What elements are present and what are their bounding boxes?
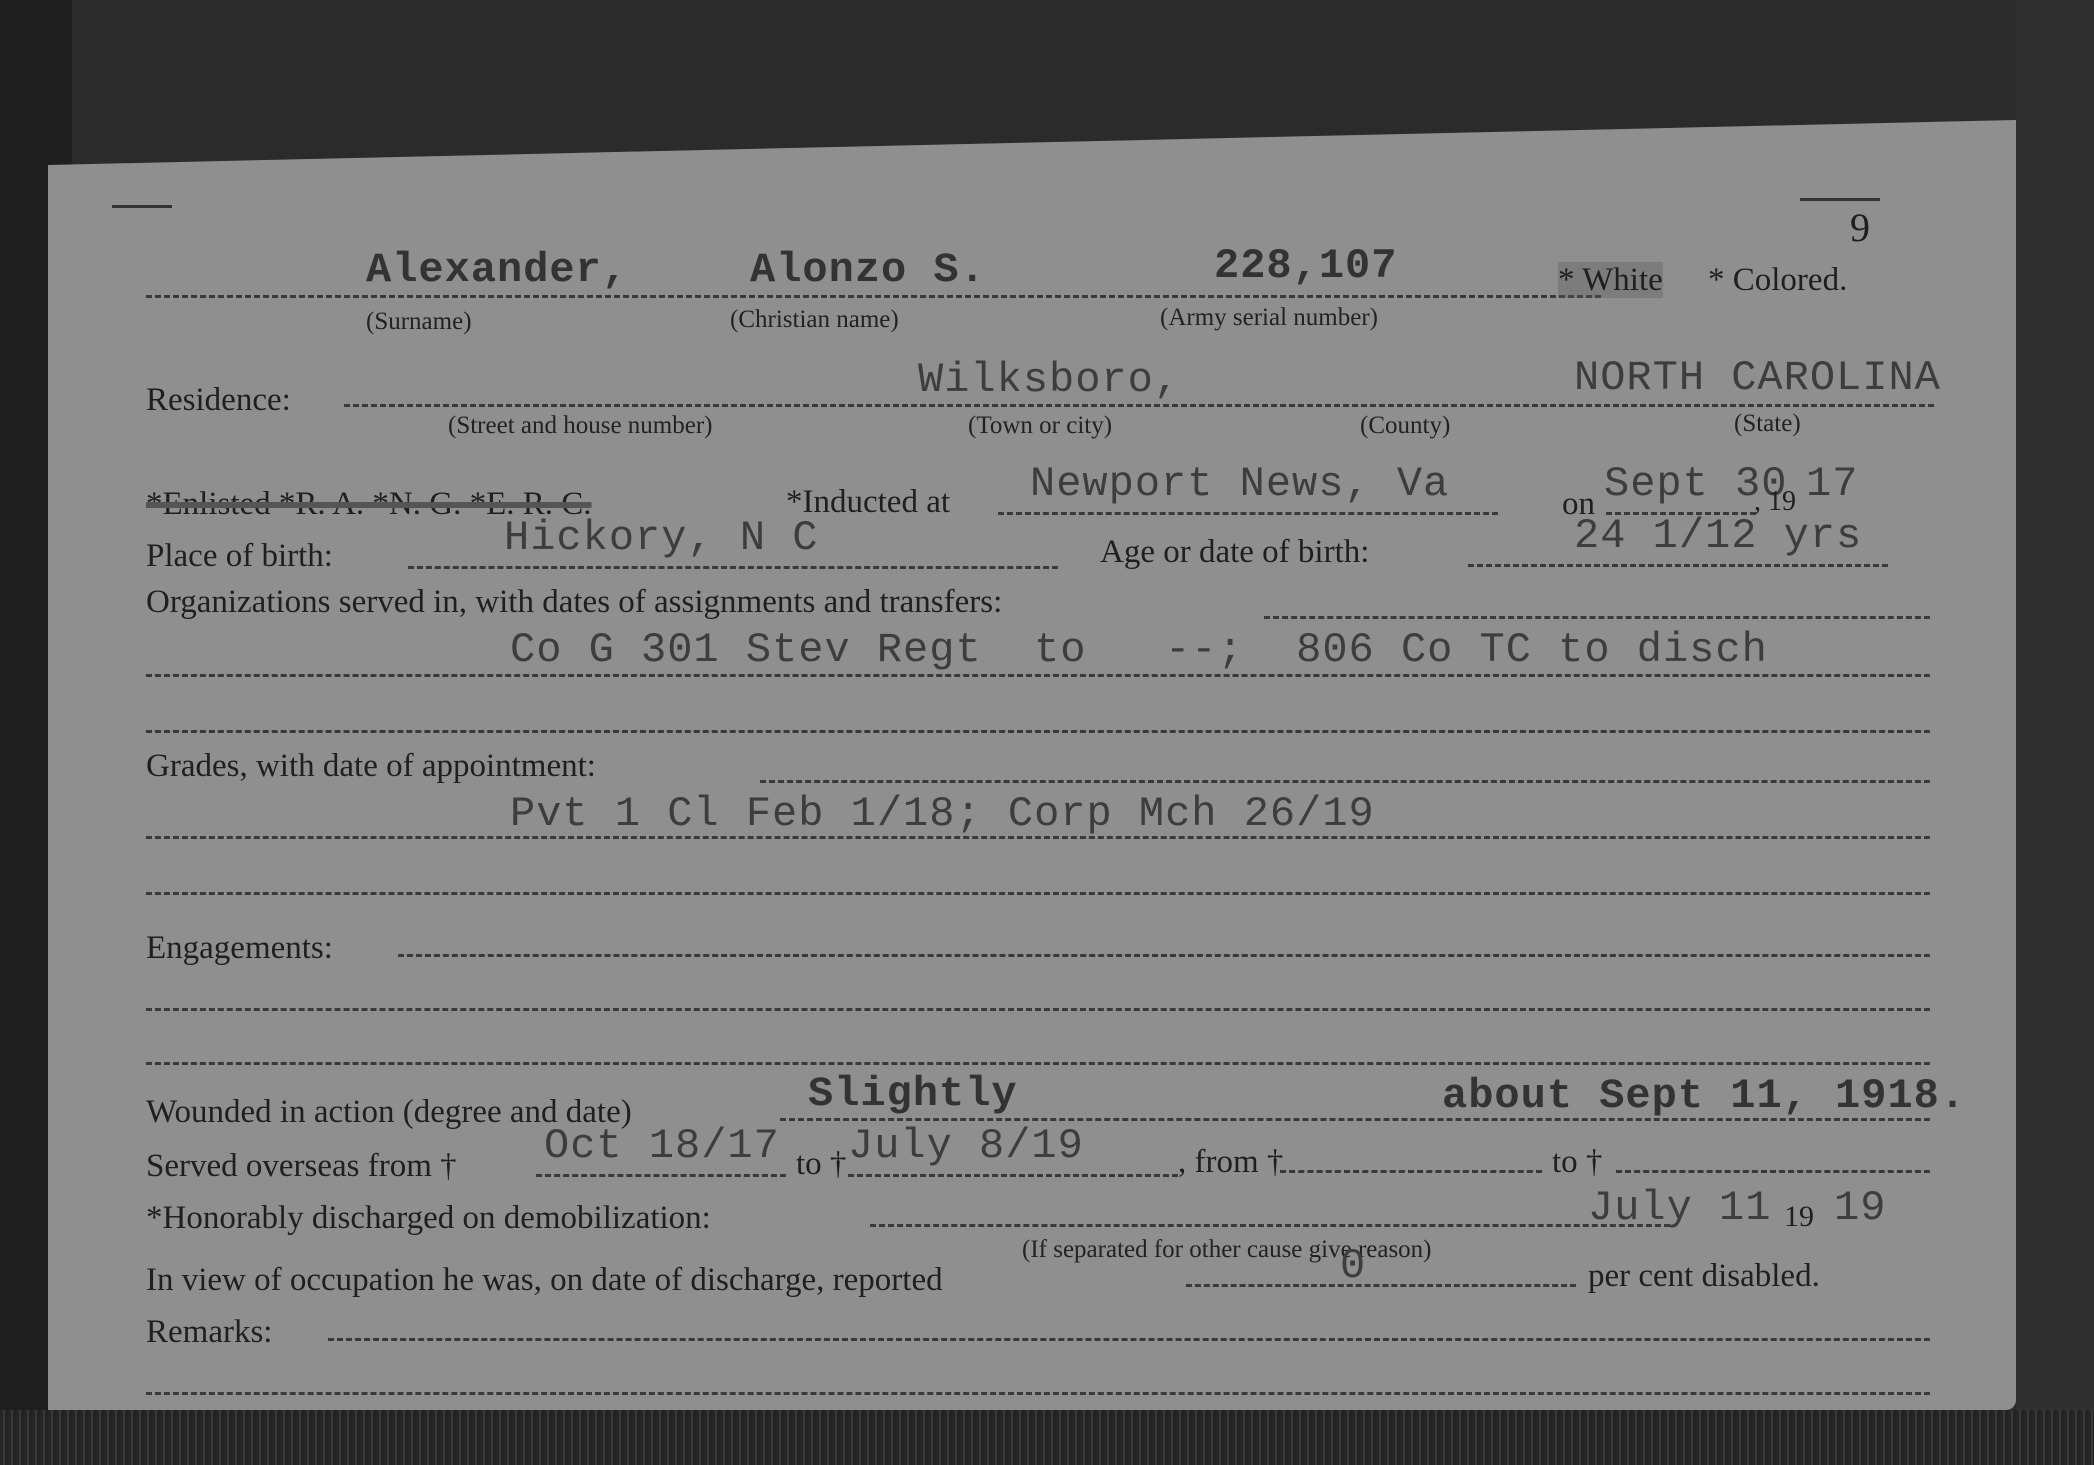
organizations-line-1-value: Co G 301 Stev Regt to --; 806 Co TC to d…	[510, 626, 1768, 674]
county-label: (County)	[1360, 412, 1450, 440]
age-value: 24 1/12 yrs	[1574, 512, 1862, 560]
background-bottom-edge	[0, 1410, 2094, 1465]
overseas-from-value: Oct 18/17	[544, 1122, 780, 1170]
grades-line-2	[146, 892, 1930, 895]
serial-number-value: 228,107	[1214, 242, 1397, 290]
organizations-line-1	[146, 674, 1930, 677]
disability-label: In view of occupation he was, on date of…	[146, 1262, 943, 1299]
street-label: (Street and house number)	[448, 412, 713, 440]
place-of-birth-value: Hickory, N C	[504, 514, 818, 562]
grades-line-1	[146, 836, 1930, 839]
wounded-degree-value: Slightly	[808, 1070, 1018, 1118]
overseas-from-label: Served overseas from †	[146, 1148, 457, 1185]
organizations-label: Organizations served in, with dates of a…	[146, 584, 1002, 621]
serial-number-label: (Army serial number)	[1160, 304, 1378, 332]
overseas-from-line	[536, 1174, 786, 1177]
overseas-from2-line	[1280, 1170, 1542, 1173]
race-white-option: * White	[1558, 262, 1663, 299]
name-line	[146, 295, 1601, 298]
overseas-to2-line	[1616, 1170, 1930, 1173]
disability-suffix: per cent disabled.	[1588, 1258, 1820, 1295]
christian-name-label: (Christian name)	[730, 306, 899, 334]
discharge-year-prefix: 19	[1784, 1200, 1814, 1234]
disability-line	[1186, 1284, 1576, 1287]
surname-value: Alexander,	[366, 246, 628, 294]
residence-label: Residence:	[146, 382, 291, 419]
inducted-place-value: Newport News, Va	[1030, 460, 1449, 508]
residence-state-value: NORTH CAROLINA	[1574, 354, 1941, 402]
age-label: Age or date of birth:	[1100, 534, 1369, 571]
discharge-note: (If separated for other cause give reaso…	[1022, 1236, 1432, 1264]
town-label: (Town or city)	[968, 412, 1112, 440]
card-number: 9	[1850, 204, 1870, 251]
organizations-line-2	[146, 730, 1930, 733]
remarks-line-0	[328, 1338, 1930, 1341]
discharge-line	[870, 1224, 1670, 1227]
overseas-to-label: to †	[796, 1146, 846, 1183]
discharge-date-value: July 11	[1588, 1184, 1771, 1232]
inducted-place-line	[998, 512, 1498, 515]
organizations-line-0	[1264, 616, 1930, 619]
remarks-line-1	[146, 1392, 1930, 1395]
grades-line-0	[760, 780, 1930, 783]
state-label: (State)	[1734, 410, 1801, 438]
surname-label: (Surname)	[366, 308, 472, 336]
age-line	[1468, 564, 1888, 567]
race-colored-option: * Colored.	[1708, 262, 1847, 299]
engagements-label: Engagements:	[146, 930, 333, 967]
overseas-from2-label: , from †	[1178, 1144, 1283, 1181]
place-of-birth-label: Place of birth:	[146, 538, 333, 575]
background-right-edge	[2016, 0, 2094, 1465]
discharge-label: *Honorably discharged on demobilization:	[146, 1200, 711, 1237]
top-right-mark	[1800, 198, 1880, 201]
overseas-to-line	[848, 1174, 1178, 1177]
grades-label: Grades, with date of appointment:	[146, 748, 596, 785]
wounded-line	[780, 1118, 1930, 1121]
christian-name-value: Alonzo S.	[750, 246, 986, 294]
induction-year-value: 17	[1806, 460, 1858, 508]
overseas-to-value: July 8/19	[848, 1122, 1084, 1170]
engagements-line-2	[146, 1062, 1930, 1065]
wounded-date-value: about Sept 11, 1918.	[1442, 1072, 1966, 1120]
residence-town-value: Wilksboro,	[918, 356, 1180, 404]
remarks-label: Remarks:	[146, 1314, 272, 1351]
top-left-mark	[112, 205, 172, 208]
engagements-line-1	[146, 1008, 1930, 1011]
engagements-line-0	[398, 954, 1930, 957]
residence-line	[344, 404, 1934, 407]
disability-percent-value: 0	[1340, 1242, 1366, 1290]
service-record-card: 9 Alexander, Alonzo S. 228,107 * White *…	[48, 120, 2016, 1410]
overseas-to2-label: to †	[1552, 1144, 1602, 1181]
discharge-year-value: 19	[1834, 1184, 1886, 1232]
grades-line-1-value: Pvt 1 Cl Feb 1/18; Corp Mch 26/19	[510, 790, 1375, 838]
place-of-birth-line	[408, 566, 1058, 569]
